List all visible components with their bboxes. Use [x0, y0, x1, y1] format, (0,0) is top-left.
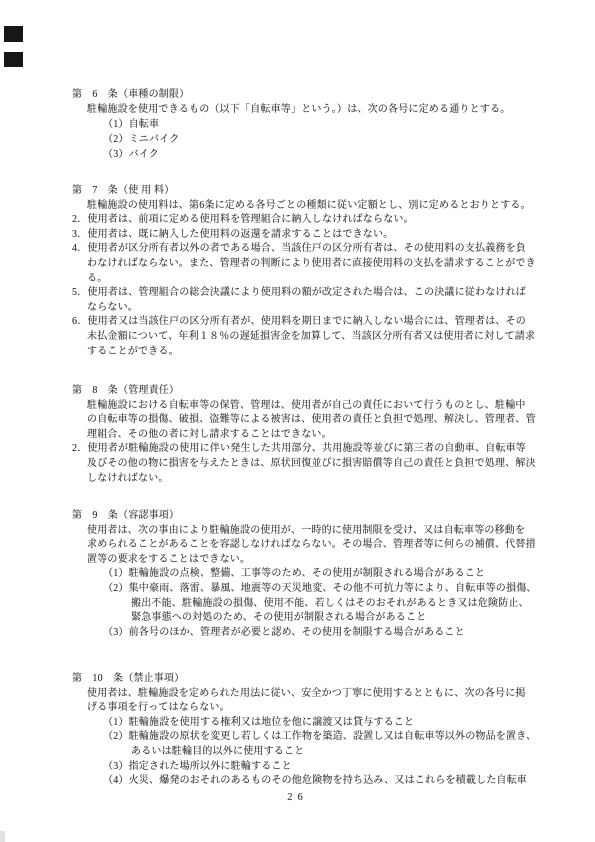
- text-line: の自転車等の損傷、破損、盗難等による被害は、使用者の責任と負担で処理、解決し、管…: [87, 413, 550, 428]
- text-line: る。: [87, 272, 550, 287]
- text-line: 2．使用者が駐輪施設の使用に伴い発生した共用部分、共用施設等並びに第三者の自動車…: [72, 442, 550, 457]
- text-line: 6．使用者又は当該住戸の区分所有者が、使用料を期日までに納入しない場合には、管理…: [72, 315, 550, 330]
- text-line: 緊急事態への対処のため、その使用が制限される場合があること: [131, 611, 550, 626]
- text-line: わなければならない。また、管理者の判断により使用者に直接使用料の支払を請求するこ…: [87, 257, 550, 272]
- scanned-document-page: 第 6 条（車種の制限）駐輪施設を使用できるもの（以下「自転車等」という。）は、…: [0, 0, 595, 842]
- text-line: 置等の要求をすることはできない。: [87, 553, 550, 568]
- text-line: 及びその他の物に損害を与えたときは、原状回復並びに損害賠償等自己の責任と負担で処…: [87, 457, 550, 472]
- text-line: （2）駐輪施設の原状を変更し若しくは工作物を築造、設置し又は自転車等以外の物品を…: [103, 730, 550, 745]
- text-line: （2）ミニバイク: [103, 132, 550, 147]
- text-line: （1）自転車: [103, 117, 550, 132]
- text-line: （4）火災、爆発のおそれのあるものその他危険物を持ち込み、又はこれらを積載した自…: [103, 774, 550, 789]
- text-line: （3）バイク: [103, 147, 550, 162]
- text-line: することができる。: [87, 345, 550, 360]
- text-line: 駐輪施設の使用料は、第6条に定める各号ごとの種類に従い定額とし、別に定めるとおり…: [87, 199, 550, 214]
- article-heading: 第 8 条（管理責任）: [72, 384, 550, 399]
- text-line: 理組合、その他の者に対し請求することはできない。: [87, 428, 550, 443]
- article-heading: 第 10 条（禁止事項）: [72, 672, 550, 687]
- text-line: 求められることがあることを容認しなければならない。その場合、管理者等に何らの補償…: [87, 538, 550, 553]
- scan-artifact-mark-top: [4, 26, 23, 42]
- text-line: ならない。: [87, 301, 550, 316]
- text-line: げる事項を行ってはならない。: [87, 701, 550, 716]
- article-6-section: 第 6 条（車種の制限）駐輪施設を使用できるもの（以下「自転車等」という。）は、…: [72, 87, 550, 162]
- text-line: 使用者は、次の事由により駐輪施設の使用が、一時的に使用制限を受け、又は自転車等の…: [87, 524, 550, 539]
- article-9-section: 第 9 条（容認事項）使用者は、次の事由により駐輪施設の使用が、一時的に使用制限…: [72, 509, 550, 640]
- text-line: 2．使用者は、前項に定める使用料を管理組合に納入しなければならない。: [72, 213, 550, 228]
- text-line: （1）駐輪施設を使用する権利又は地位を他に譲渡又は貸与すること: [103, 716, 550, 731]
- text-line: （2）集中豪雨、落雷、暴風、地震等の天災地変、その他不可抗力等により、自転車等の…: [103, 582, 550, 597]
- text-line: 駐輪施設を使用できるもの（以下「自転車等」という。）は、次の各号に定める通りとす…: [87, 102, 550, 117]
- text-line: 駐輪施設における自転車等の保管、管理は、使用者が自己の責任において行うものとし、…: [87, 399, 550, 414]
- text-line: （1）駐輪施設の点検、整備、工事等のため、その使用が制限される場合があること: [103, 567, 550, 582]
- text-line: 5．使用者は、管理組合の総会決議により使用料の額が改定された場合は、この決議に従…: [72, 286, 550, 301]
- text-line: （3）前各号のほか、管理者が必要と認め、その使用を制限する場合があること: [103, 626, 550, 641]
- scan-artifact-mark-bottom: [4, 52, 23, 67]
- article-10-section: 第 10 条（禁止事項）使用者は、駐輪施設を定められた用法に従い、安全かつ丁寧に…: [72, 672, 550, 789]
- article-heading: 第 6 条（車種の制限）: [72, 87, 550, 102]
- text-line: 4．使用者が区分所有者以外の者である場合、当該住戸の区分所有者は、その使用料の支…: [72, 242, 550, 257]
- text-line: しなければない。: [87, 472, 550, 487]
- page-number: 26: [0, 792, 595, 803]
- text-line: あるいは駐輪目的以外に使用すること: [131, 745, 550, 760]
- text-line: （3）指定された場所以外に駐輪すること: [103, 760, 550, 775]
- text-line: 3．使用者は、既に納入した使用料の返還を請求することはできない。: [72, 228, 550, 243]
- text-line: 未払金額について、年利１８％の遅延損害金を加算して、当該区分所有者又は使用者に対…: [87, 330, 550, 345]
- article-7-section: 第 7 条（使 用 料）駐輪施設の使用料は、第6条に定める各号ごとの種類に従い定…: [72, 184, 550, 359]
- article-heading: 第 9 条（容認事項）: [72, 509, 550, 524]
- article-heading: 第 7 条（使 用 料）: [72, 184, 550, 199]
- article-8-section: 第 8 条（管理責任）駐輪施設における自転車等の保管、管理は、使用者が自己の責任…: [72, 384, 550, 486]
- text-line: 使用者は、駐輪施設を定められた用法に従い、安全かつ丁寧に使用するとともに、次の各…: [87, 687, 550, 702]
- scan-smudge-bottom-left: [0, 831, 5, 842]
- text-line: 搬出不能、駐輪施設の損傷、使用不能、若しくはそのおそれがあるとき又は危険防止、: [131, 597, 550, 612]
